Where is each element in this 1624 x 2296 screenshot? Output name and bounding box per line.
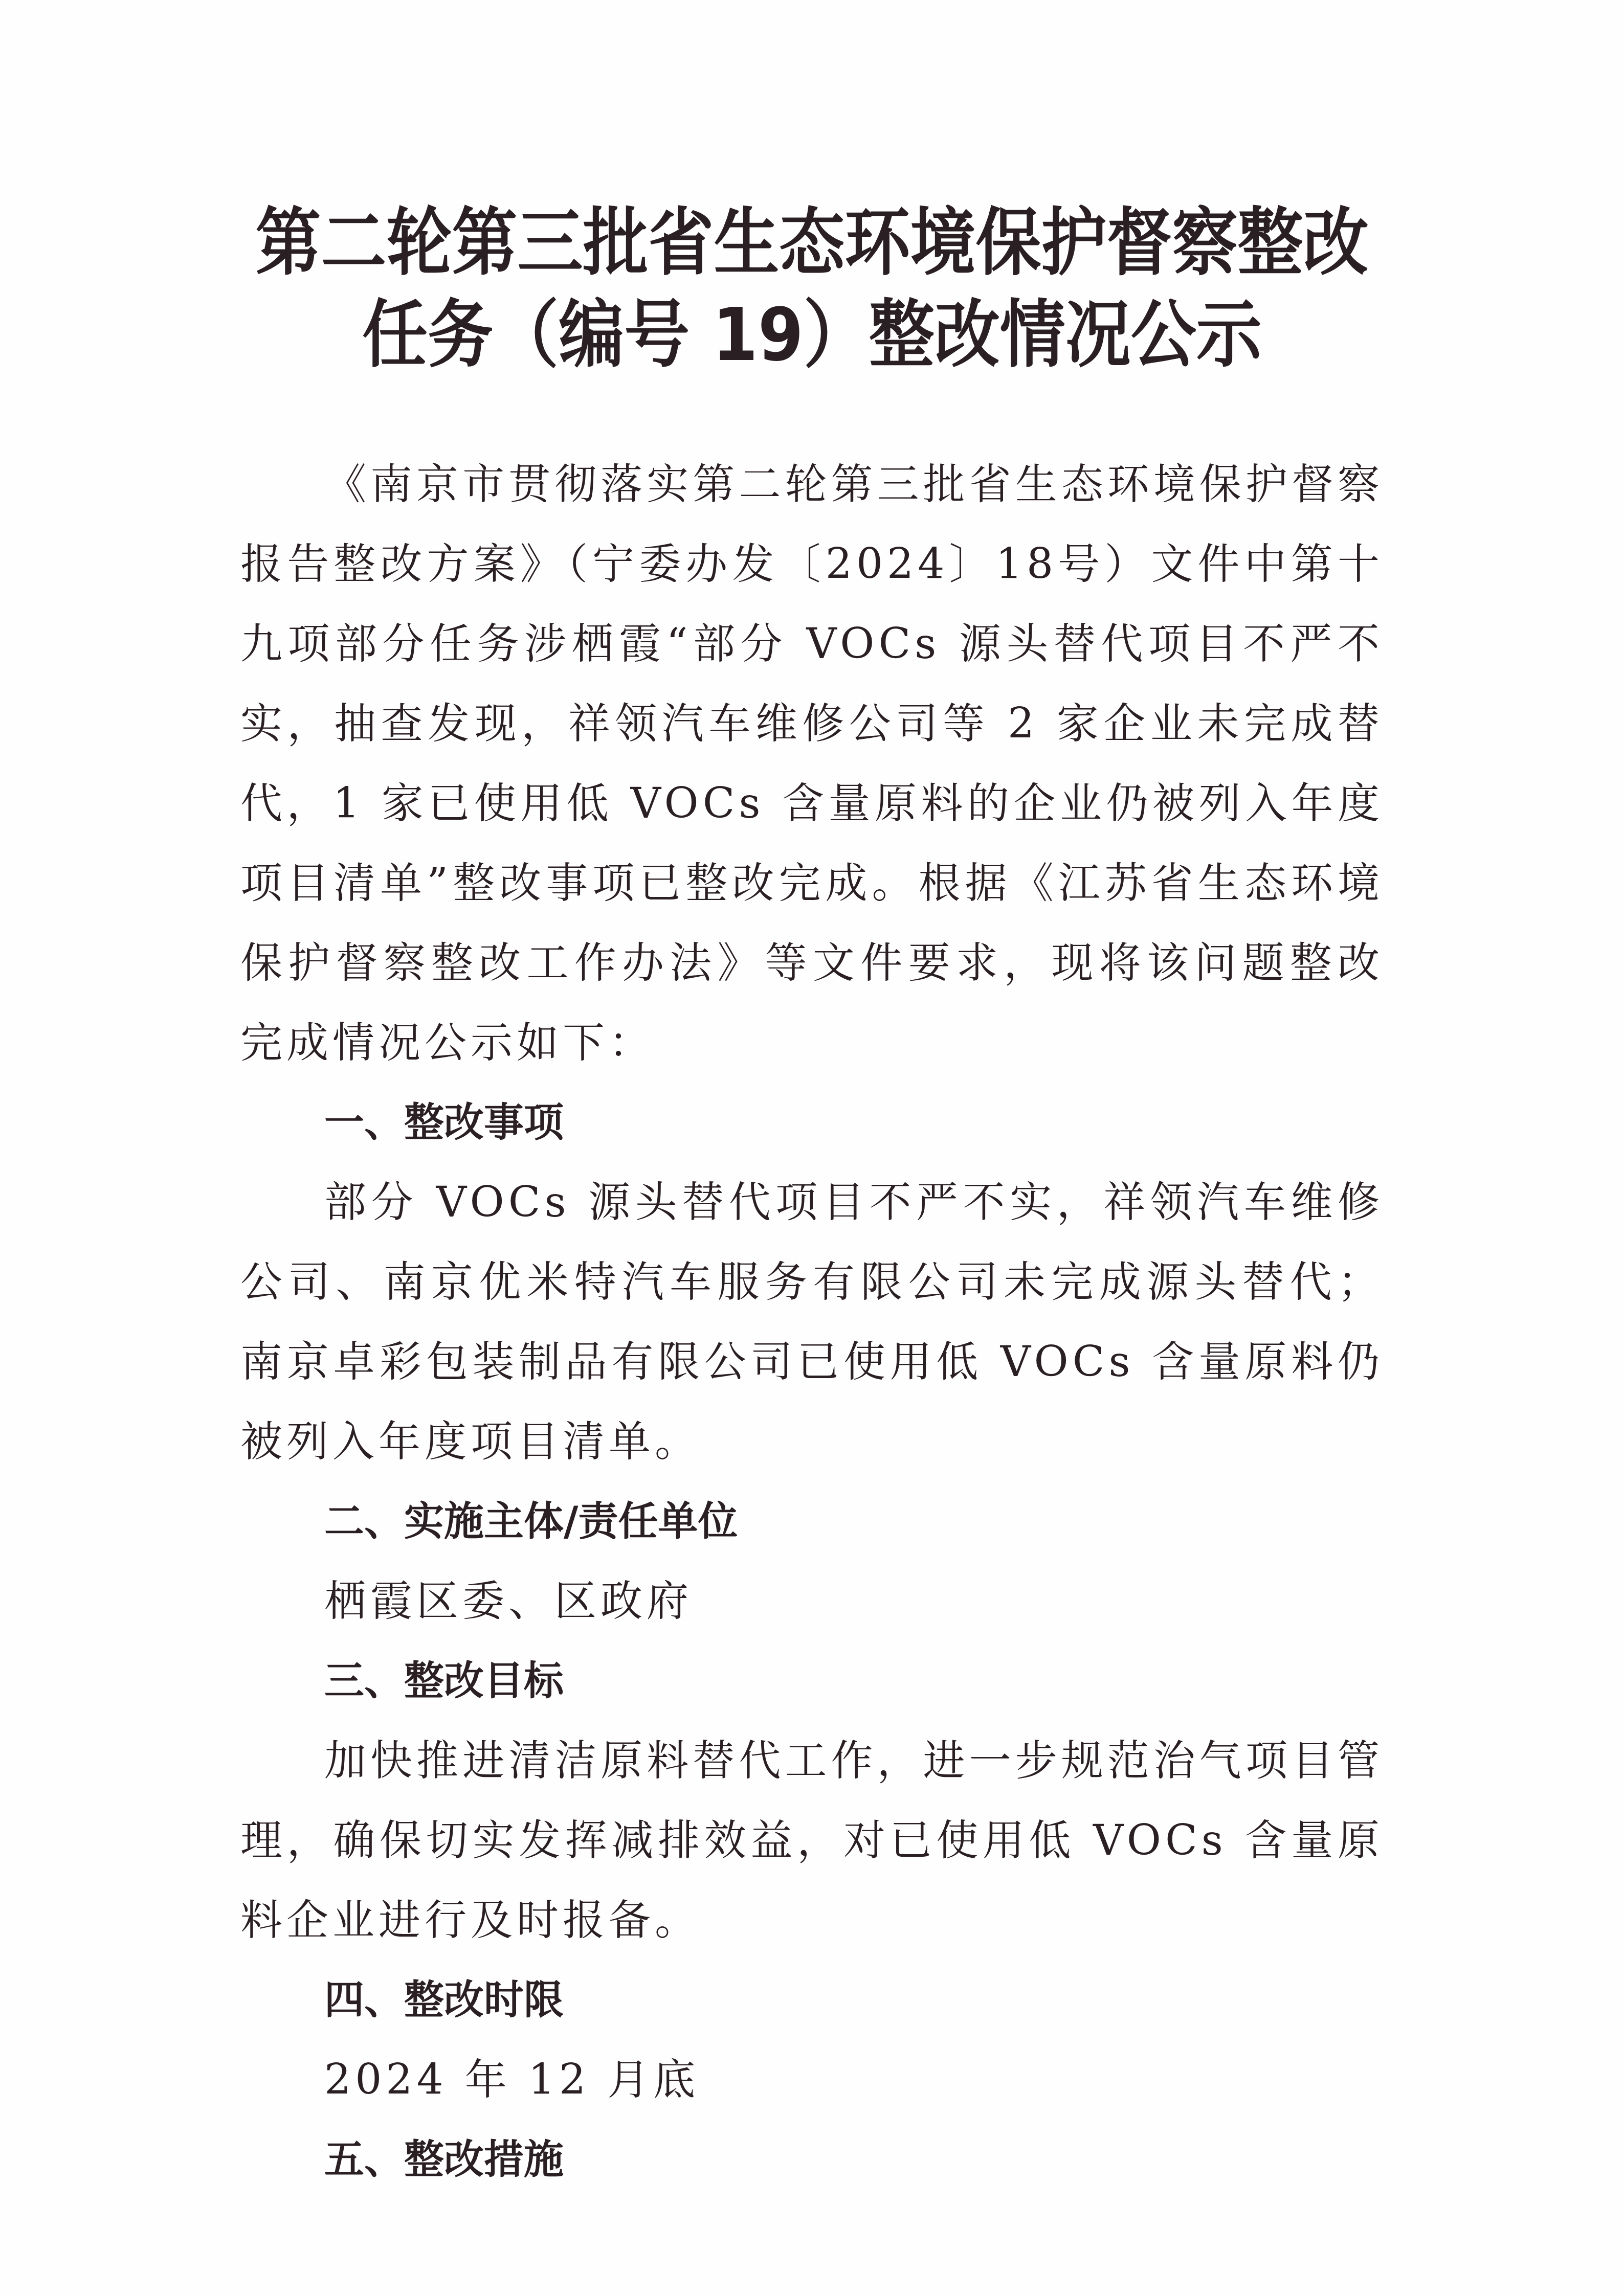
section-content-1: 部分 VOCs 源头替代项目不严不实，祥领汽车维修公司、南京优米特汽车服务有限公… <box>240 1163 1384 1482</box>
section-heading-5: 五、整改措施 <box>240 2120 1384 2200</box>
document-body: 《南京市贯彻落实第二轮第三批省生态环境保护督察报告整改方案》（宁委办发〔2024… <box>240 445 1384 2200</box>
section-content-2: 栖霞区委、区政府 <box>240 1562 1384 1641</box>
intro-paragraph: 《南京市贯彻落实第二轮第三批省生态环境保护督察报告整改方案》（宁委办发〔2024… <box>240 445 1384 1083</box>
section-heading-2: 二、实施主体/责任单位 <box>240 1482 1384 1562</box>
section-heading-1: 一、整改事项 <box>240 1083 1384 1163</box>
document-title-line-1: 第二轮第三批省生态环境保护督察整改 <box>0 192 1624 295</box>
document-title-line-2: 任务（编号 19）整改情况公示 <box>0 284 1624 387</box>
document-page: 第二轮第三批省生态环境保护督察整改 任务（编号 19）整改情况公示 《南京市贯彻… <box>0 0 1624 2296</box>
section-heading-4: 四、整改时限 <box>240 1961 1384 2040</box>
section-content-3: 加快推进清洁原料替代工作，进一步规范治气项目管理，确保切实发挥减排效益，对已使用… <box>240 1721 1384 1961</box>
section-content-4: 2024 年 12 月底 <box>240 2040 1384 2120</box>
section-heading-3: 三、整改目标 <box>240 1641 1384 1721</box>
